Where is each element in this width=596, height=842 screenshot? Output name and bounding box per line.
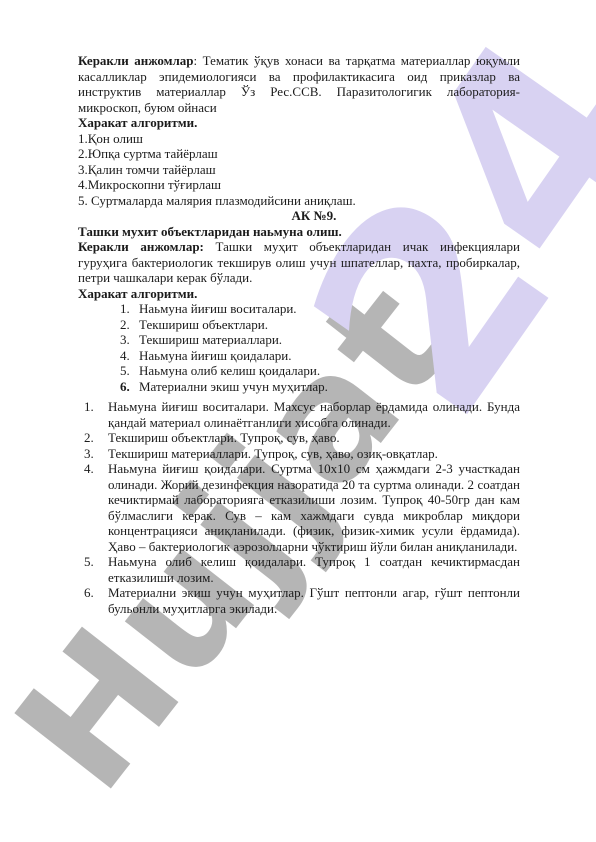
detailed-step: 6. Материални экиш учун муҳитлар. Гўшт п…	[84, 585, 520, 616]
step-number: 2.	[84, 430, 108, 446]
step-text: Текшириш объектлари.	[139, 317, 520, 333]
algorithm-step: 2. Текшириш объектлари.	[120, 317, 520, 333]
algorithm-step: 3.Қалин томчи тайёрлаш	[78, 162, 520, 178]
action-algorithm-heading-2: Харакат алгоритми.	[78, 286, 520, 302]
required-equipment-label-2: Керакли анжомлар:	[78, 239, 204, 254]
step-text: Текшириш материаллари. Тупроқ, сув, ҳаво…	[108, 446, 520, 462]
detailed-step: 3. Текшириш материаллари. Тупроқ, сув, ҳ…	[84, 446, 520, 462]
required-equipment-paragraph-2: Керакли анжомлар: Ташки муҳит объектлари…	[78, 239, 520, 286]
algorithm-step: 2.Юпқа суртма тайёрлаш	[78, 146, 520, 162]
step-text: Текшириш материаллари.	[139, 332, 520, 348]
detailed-steps-list: 1. Наьмуна йиғиш воситалари. Махсус набо…	[84, 399, 520, 616]
action-algorithm-heading-1: Харакат алгоритми.	[78, 115, 520, 131]
algorithm-step: 3. Текшириш материаллари.	[120, 332, 520, 348]
step-text: Наьмуна йиғиш қоидалари. Суртма 10х10 см…	[108, 461, 520, 554]
step-number: 5.	[120, 363, 139, 379]
algorithm-step: 1.Қон олиш	[78, 131, 520, 147]
section2-title: Ташки мухит объектларидан наьмуна олиш.	[78, 224, 520, 240]
step-text: Наьмуна йиғиш воситалари.	[139, 301, 520, 317]
algorithm-step: 1. Наьмуна йиғиш воситалари.	[120, 301, 520, 317]
action-algorithm-list-2: 1. Наьмуна йиғиш воситалари. 2. Текшириш…	[120, 301, 520, 394]
algorithm-step: 6. Материални экиш учун муҳитлар.	[120, 379, 520, 395]
step-text: Наьмуна олиб келиш қоидалари. Тупроқ 1 с…	[108, 554, 520, 585]
detailed-step: 5. Наьмуна олиб келиш қоидалари. Тупроқ …	[84, 554, 520, 585]
required-equipment-label-1: Керакли анжомлар	[78, 53, 194, 68]
step-number: 6.	[84, 585, 108, 616]
algorithm-step: 4. Наьмуна йиғиш қоидалари.	[120, 348, 520, 364]
detailed-step: 4. Наьмуна йиғиш қоидалари. Суртма 10х10…	[84, 461, 520, 554]
detailed-step: 2. Текшириш объектлари. Тупроқ, сув, ҳав…	[84, 430, 520, 446]
step-text: Материални экиш учун муҳитлар. Гўшт пепт…	[108, 585, 520, 616]
algorithm-step: 5. Наьмуна олиб келиш қоидалари.	[120, 363, 520, 379]
step-number: 3.	[84, 446, 108, 462]
detailed-step: 1. Наьмуна йиғиш воситалари. Махсус набо…	[84, 399, 520, 430]
step-number: 5.	[84, 554, 108, 585]
step-number: 2.	[120, 317, 139, 333]
step-text: Наьмуна йиғиш қоидалари.	[139, 348, 520, 364]
step-number: 1.	[84, 399, 108, 430]
step-number: 6.	[120, 379, 139, 395]
algorithm-step: 4.Микроскопни тўғирлаш	[78, 177, 520, 193]
step-text: Текшириш объектлари. Тупроқ, сув, ҳаво.	[108, 430, 520, 446]
step-text: Наьмуна йиғиш воситалари. Махсус наборла…	[108, 399, 520, 430]
step-number: 4.	[84, 461, 108, 554]
document-page: Hujjat 24 Керакли анжомлар: Тематик ўқув…	[0, 0, 596, 842]
algorithm-step: 5. Суртмаларда малярия плазмодийсини ани…	[78, 193, 520, 209]
step-text: Наьмуна олиб келиш қоидалари.	[139, 363, 520, 379]
required-equipment-paragraph-1: Керакли анжомлар: Тематик ўқув хонаси ва…	[78, 53, 520, 115]
step-number: 1.	[120, 301, 139, 317]
step-number: 4.	[120, 348, 139, 364]
document-content: Керакли анжомлар: Тематик ўқув хонаси ва…	[0, 0, 596, 616]
action-algorithm-list-1: 1.Қон олиш 2.Юпқа суртма тайёрлаш 3.Қали…	[78, 131, 520, 209]
step-number: 3.	[120, 332, 139, 348]
ak-number-heading: АК №9.	[78, 208, 520, 224]
step-text: Материални экиш учун муҳитлар.	[139, 379, 520, 395]
